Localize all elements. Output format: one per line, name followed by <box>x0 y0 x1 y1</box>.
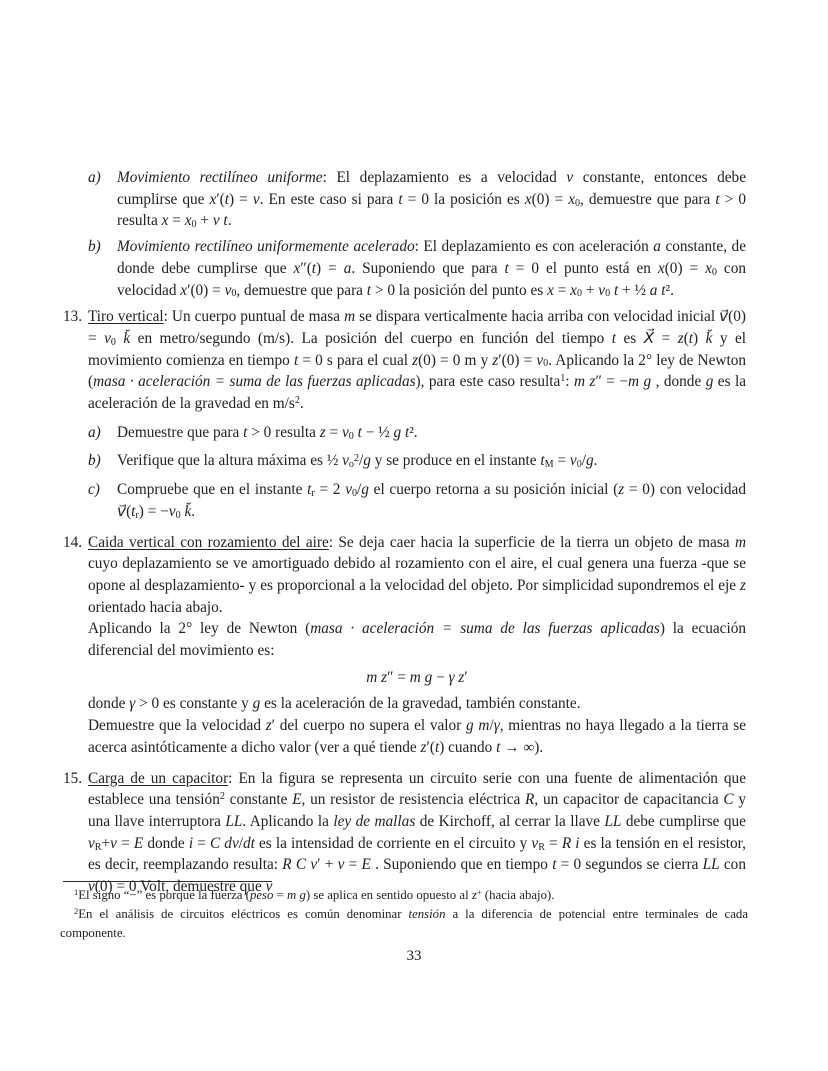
item-text: Caida vertical con rozamiento del aire: … <box>88 532 746 662</box>
text-block: a) Movimiento rectilíneo uniforme: El de… <box>63 167 746 898</box>
item-text: Carga de un capacitor: En la figura se r… <box>88 768 746 898</box>
item-label: a) <box>88 422 101 444</box>
item-text: Demuestre que para t > 0 resulta z = v0 … <box>117 422 746 444</box>
item-text: Movimiento rectilíneo uniformemente acel… <box>117 236 746 301</box>
footnotes: 1El signo “−” es porque la fuerza (peso … <box>60 886 748 944</box>
item-number: 15. <box>63 768 82 790</box>
footnote-1: 1El signo “−” es porque la fuerza (peso … <box>60 886 748 905</box>
item-number: 14. <box>63 532 82 554</box>
item-text-continued: donde γ > 0 es constante y g es la acele… <box>88 693 746 758</box>
item-text: Verifique que la altura máxima es ½ vo2/… <box>117 450 746 472</box>
item-label: b) <box>88 450 101 472</box>
item-label: b) <box>88 236 101 258</box>
item-label: a) <box>88 167 101 189</box>
footnote-2: 2En el análisis de circuitos eléctricos … <box>60 905 748 943</box>
list-item-13a: a) Demuestre que para t > 0 resulta z = … <box>88 422 746 444</box>
list-item-13c: c) Compruebe que en el instante tr = 2 v… <box>88 479 746 522</box>
equation-motion: m z″ = m g − γ z′ <box>88 667 746 689</box>
intro-sublist: a) Movimiento rectilíneo uniforme: El de… <box>63 167 746 301</box>
list-item-15-carga-capacitor: 15. Carga de un capacitor: En la figura … <box>63 768 746 898</box>
item-text: Compruebe que en el instante tr = 2 v0/g… <box>117 479 746 522</box>
item-number: 13. <box>63 306 82 328</box>
item-text: Tiro vertical: Un cuerpo puntual de masa… <box>88 306 746 415</box>
list-item-b-mrua: b) Movimiento rectilíneo uniformemente a… <box>88 236 746 301</box>
list-item-a-mru: a) Movimiento rectilíneo uniforme: El de… <box>88 167 746 232</box>
page-number: 33 <box>0 948 828 965</box>
footnote-separator-rule <box>63 881 272 882</box>
item-text: Movimiento rectilíneo uniforme: El depla… <box>117 167 746 232</box>
document-page: a) Movimiento rectilíneo uniforme: El de… <box>0 0 828 1071</box>
item-label: c) <box>88 479 100 501</box>
list-item-13-tiro-vertical: 13. Tiro vertical: Un cuerpo puntual de … <box>63 306 746 522</box>
list-item-14-caida-vertical: 14. Caida vertical con rozamiento del ai… <box>63 532 746 759</box>
list-item-13b: b) Verifique que la altura máxima es ½ v… <box>88 450 746 472</box>
